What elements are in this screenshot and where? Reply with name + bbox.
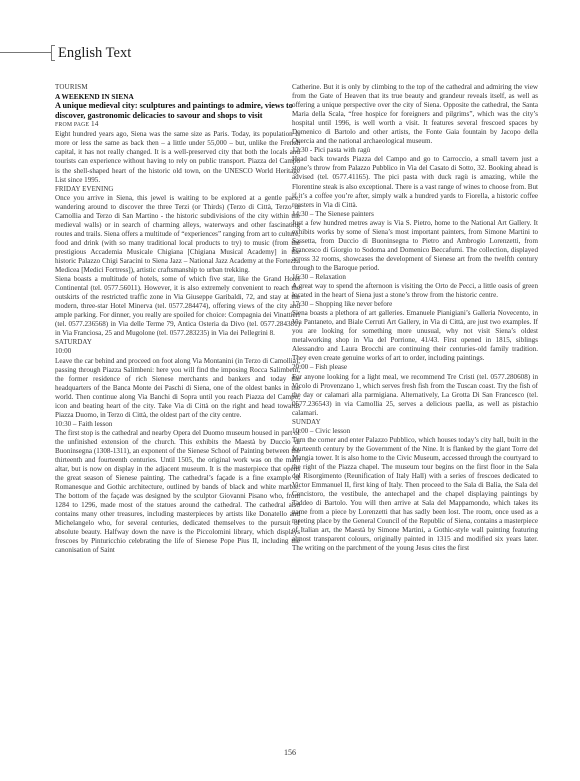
article-headline: A WEEKEND IN SIENA <box>55 92 300 101</box>
subhead-faith-lesson: 10:30 – Faith lesson <box>55 420 300 429</box>
right-column: Catherine. But it is only by climbing to… <box>292 83 538 553</box>
from-page-line: FROM PAGE 14 <box>55 120 300 130</box>
subhead-fish: 20:00 – Fish please <box>292 363 538 372</box>
subhead-civic-lesson: 10:00 – Civic lesson <box>292 427 538 436</box>
from-page-number: 14 <box>91 120 99 128</box>
page-number: 156 <box>0 748 580 757</box>
paragraph: Siena boasts a multitude of hotels, some… <box>55 275 300 338</box>
header-rule <box>0 52 51 53</box>
section-label: TOURISM <box>55 83 300 92</box>
header-title: English Text <box>58 44 131 62</box>
subhead-shopping: 17:30 – Shopping like never before <box>292 300 538 309</box>
subhead-time: 10:00 <box>55 347 300 356</box>
subhead-friday-evening: FRIDAY EVENING <box>55 185 300 194</box>
subhead-relaxation: 16:30 – Relaxation <box>292 273 538 282</box>
running-header: English Text <box>0 44 200 62</box>
article-deck: A unique medieval city: sculptures and p… <box>55 101 300 120</box>
from-page-label: FROM PAGE <box>55 122 89 128</box>
paragraph: Once you arrive in Siena, this jewel is … <box>55 194 300 275</box>
subhead-pici-pasta: 12:30 - Pici pasta with ragù <box>292 146 538 155</box>
subhead-saturday: SATURDAY <box>55 338 300 347</box>
paragraph: Eight hundred years ago, Siena was the s… <box>55 130 300 184</box>
subhead-sienese-painters: 14:30 – The Sienese painters <box>292 210 538 219</box>
paragraph: A great way to spend the afternoon is vi… <box>292 282 538 300</box>
paragraph: Siena boasts a plethora of art galleries… <box>292 309 538 363</box>
paragraph: For anyone looking for a light meal, we … <box>292 373 538 418</box>
header-bracket-icon <box>51 45 55 61</box>
paragraph: Catherine. But it is only by climbing to… <box>292 83 538 146</box>
subhead-sunday: SUNDAY <box>292 418 538 427</box>
left-column: TOURISM A WEEKEND IN SIENA A unique medi… <box>55 83 300 556</box>
paragraph: Just a few hundred metres away is Via S.… <box>292 219 538 273</box>
paragraph: Head back towards Piazza del Campo and g… <box>292 155 538 209</box>
paragraph: Turn the corner and enter Palazzo Pubbli… <box>292 436 538 554</box>
paragraph: The first stop is the cathedral and near… <box>55 429 300 556</box>
paragraph: Leave the car behind and proceed on foot… <box>55 357 300 420</box>
